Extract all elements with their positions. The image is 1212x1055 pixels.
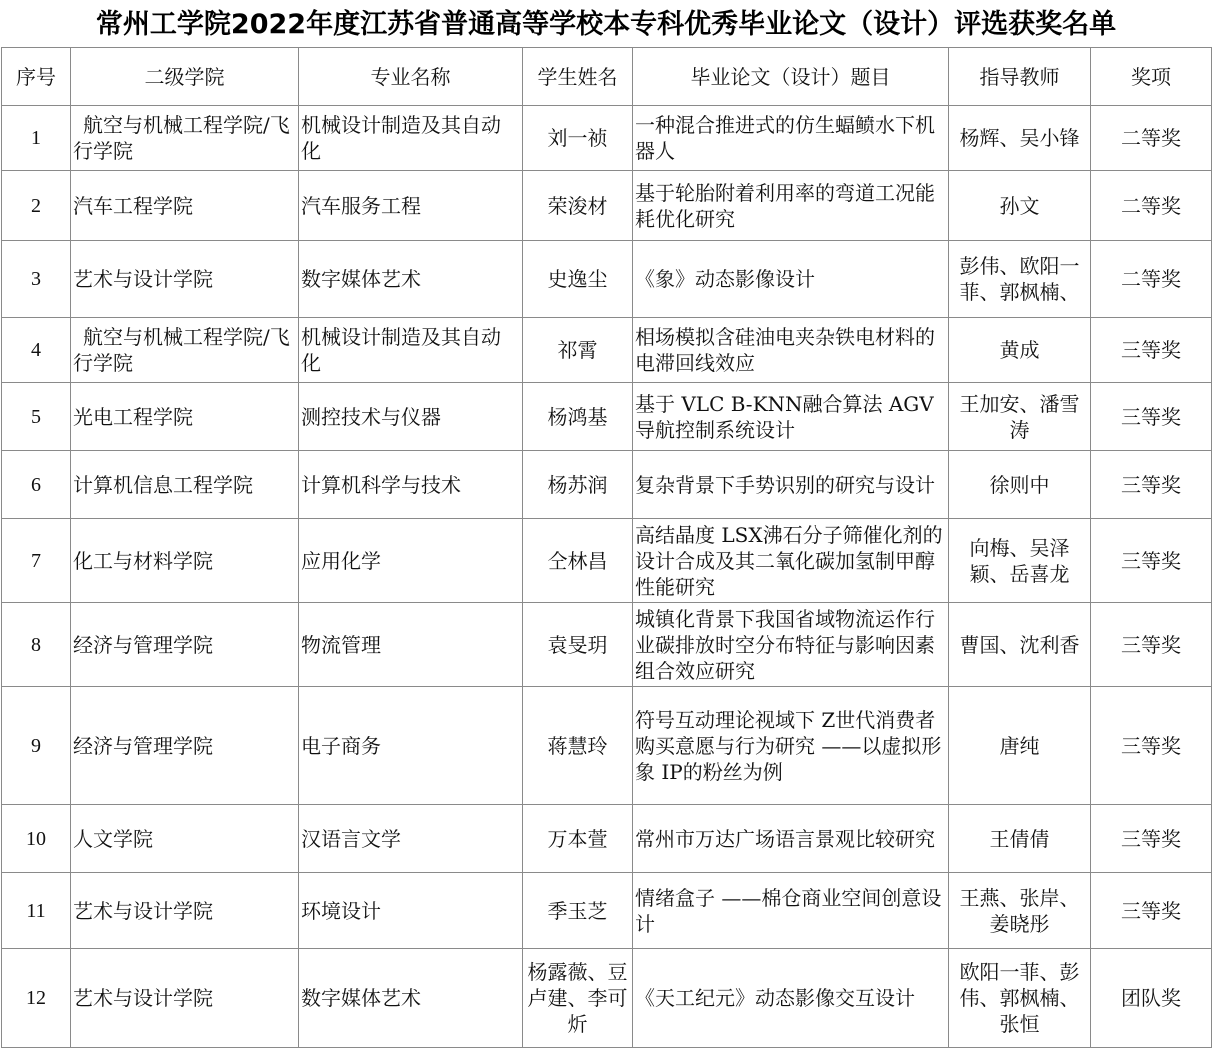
cell-major: 应用化学 [299, 519, 523, 603]
cell-award: 二等奖 [1091, 106, 1212, 171]
cell-thesis-title: 高结晶度 LSX沸石分子筛催化剂的设计合成及其二氧化碳加氢制甲醇性能研究 [633, 519, 949, 603]
cell-college: 化工与材料学院 [71, 519, 299, 603]
table-row: 9 经济与管理学院 电子商务 蒋慧玲 符号互动理论视域下 Z世代消费者购买意愿与… [2, 687, 1212, 805]
cell-index: 12 [2, 949, 71, 1048]
cell-thesis-title: 符号互动理论视域下 Z世代消费者购买意愿与行为研究 ——以虚拟形象 IP的粉丝为… [633, 687, 949, 805]
cell-college: 经济与管理学院 [71, 603, 299, 687]
header-award: 奖项 [1091, 48, 1212, 106]
cell-major: 汽车服务工程 [299, 171, 523, 241]
cell-thesis-title: 基于 VLC B-KNN融合算法 AGV导航控制系统设计 [633, 383, 949, 451]
cell-college-text: 航空与机械工程学院/飞行学院 [73, 325, 290, 375]
cell-thesis-title: 城镇化背景下我国省域物流运作行业碳排放时空分布特征与影响因素组合效应研究 [633, 603, 949, 687]
cell-advisor: 曹国、沈利香 [949, 603, 1091, 687]
cell-major: 计算机科学与技术 [299, 451, 523, 519]
cell-index: 9 [2, 687, 71, 805]
cell-advisor: 孙文 [949, 171, 1091, 241]
table-row: 3 艺术与设计学院 数字媒体艺术 史逸尘 《象》动态影像设计 彭伟、欧阳一菲、郭… [2, 241, 1212, 318]
cell-thesis-title: 情绪盒子 ——棉仓商业空间创意设计 [633, 873, 949, 949]
cell-major: 数字媒体艺术 [299, 241, 523, 318]
cell-thesis-title: 《天工纪元》动态影像交互设计 [633, 949, 949, 1048]
cell-index: 7 [2, 519, 71, 603]
cell-advisor: 王倩倩 [949, 805, 1091, 873]
cell-advisor: 徐则中 [949, 451, 1091, 519]
header-thesis-title: 毕业论文（设计）题目 [633, 48, 949, 106]
cell-student: 史逸尘 [523, 241, 633, 318]
cell-index: 1 [2, 106, 71, 171]
table-row: 2 汽车工程学院 汽车服务工程 荣浚材 基于轮胎附着利用率的弯道工况能耗优化研究… [2, 171, 1212, 241]
cell-student: 杨鸿基 [523, 383, 633, 451]
cell-student: 祁霄 [523, 318, 633, 383]
cell-thesis-title: 复杂背景下手势识别的研究与设计 [633, 451, 949, 519]
cell-thesis-title: 相场模拟含硅油电夹杂铁电材料的电滞回线效应 [633, 318, 949, 383]
cell-index: 8 [2, 603, 71, 687]
cell-college: 光电工程学院 [71, 383, 299, 451]
cell-advisor: 杨辉、吴小锋 [949, 106, 1091, 171]
cell-major: 测控技术与仪器 [299, 383, 523, 451]
cell-award: 三等奖 [1091, 318, 1212, 383]
cell-thesis-title: 一种混合推进式的仿生蝠鲼水下机器人 [633, 106, 949, 171]
cell-student: 蒋慧玲 [523, 687, 633, 805]
cell-major: 汉语言文学 [299, 805, 523, 873]
cell-college: 计算机信息工程学院 [71, 451, 299, 519]
table-row: 6 计算机信息工程学院 计算机科学与技术 杨苏润 复杂背景下手势识别的研究与设计… [2, 451, 1212, 519]
cell-award: 三等奖 [1091, 805, 1212, 873]
cell-student: 杨露薇、豆卢建、李可炘 [523, 949, 633, 1048]
cell-thesis-title: 基于轮胎附着利用率的弯道工况能耗优化研究 [633, 171, 949, 241]
cell-student: 杨苏润 [523, 451, 633, 519]
cell-major: 电子商务 [299, 687, 523, 805]
cell-major: 机械设计制造及其自动化 [299, 318, 523, 383]
cell-college: 人文学院 [71, 805, 299, 873]
cell-college: 艺术与设计学院 [71, 241, 299, 318]
cell-college: 汽车工程学院 [71, 171, 299, 241]
cell-award: 三等奖 [1091, 383, 1212, 451]
cell-award: 二等奖 [1091, 171, 1212, 241]
document-title: 常州工学院2022年度江苏省普通高等学校本专科优秀毕业论文（设计）评选获奖名单 [0, 6, 1212, 44]
cell-college: 艺术与设计学院 [71, 949, 299, 1048]
cell-index: 4 [2, 318, 71, 383]
cell-college: 经济与管理学院 [71, 687, 299, 805]
cell-advisor: 王加安、潘雪涛 [949, 383, 1091, 451]
cell-index: 3 [2, 241, 71, 318]
cell-college: 艺术与设计学院 [71, 873, 299, 949]
header-college: 二级学院 [71, 48, 299, 106]
cell-student: 万本萱 [523, 805, 633, 873]
cell-student: 季玉芝 [523, 873, 633, 949]
award-list-table: 序号 二级学院 专业名称 学生姓名 毕业论文（设计）题目 指导教师 奖项 1 航… [1, 47, 1212, 1048]
table-row: 7 化工与材料学院 应用化学 仝林昌 高结晶度 LSX沸石分子筛催化剂的设计合成… [2, 519, 1212, 603]
cell-student: 袁旻玥 [523, 603, 633, 687]
cell-advisor: 欧阳一菲、彭伟、郭枫楠、张恒 [949, 949, 1091, 1048]
cell-award: 三等奖 [1091, 603, 1212, 687]
cell-award: 三等奖 [1091, 451, 1212, 519]
cell-advisor: 向梅、吴泽颖、岳喜龙 [949, 519, 1091, 603]
cell-advisor: 黄成 [949, 318, 1091, 383]
header-student: 学生姓名 [523, 48, 633, 106]
cell-thesis-title: 常州市万达广场语言景观比较研究 [633, 805, 949, 873]
table-row: 4 航空与机械工程学院/飞行学院 机械设计制造及其自动化 祁霄 相场模拟含硅油电… [2, 318, 1212, 383]
table-header-row: 序号 二级学院 专业名称 学生姓名 毕业论文（设计）题目 指导教师 奖项 [2, 48, 1212, 106]
cell-major: 环境设计 [299, 873, 523, 949]
table-row: 1 航空与机械工程学院/飞行学院 机械设计制造及其自动化 刘一祯 一种混合推进式… [2, 106, 1212, 171]
cell-index: 2 [2, 171, 71, 241]
table-row: 5 光电工程学院 测控技术与仪器 杨鸿基 基于 VLC B-KNN融合算法 AG… [2, 383, 1212, 451]
cell-advisor: 彭伟、欧阳一菲、郭枫楠、 [949, 241, 1091, 318]
cell-award: 三等奖 [1091, 687, 1212, 805]
cell-award: 团队奖 [1091, 949, 1212, 1048]
table-row: 10 人文学院 汉语言文学 万本萱 常州市万达广场语言景观比较研究 王倩倩 三等… [2, 805, 1212, 873]
cell-index: 10 [2, 805, 71, 873]
cell-thesis-title: 《象》动态影像设计 [633, 241, 949, 318]
cell-advisor: 唐纯 [949, 687, 1091, 805]
header-advisor: 指导教师 [949, 48, 1091, 106]
cell-student: 刘一祯 [523, 106, 633, 171]
cell-college: 航空与机械工程学院/飞行学院 [71, 106, 299, 171]
cell-award: 三等奖 [1091, 519, 1212, 603]
cell-college: 航空与机械工程学院/飞行学院 [71, 318, 299, 383]
cell-major: 数字媒体艺术 [299, 949, 523, 1048]
cell-student: 荣浚材 [523, 171, 633, 241]
header-index: 序号 [2, 48, 71, 106]
cell-index: 6 [2, 451, 71, 519]
cell-college-text: 航空与机械工程学院/飞行学院 [73, 113, 290, 163]
cell-student: 仝林昌 [523, 519, 633, 603]
table-row: 8 经济与管理学院 物流管理 袁旻玥 城镇化背景下我国省域物流运作行业碳排放时空… [2, 603, 1212, 687]
cell-award: 三等奖 [1091, 873, 1212, 949]
cell-major: 机械设计制造及其自动化 [299, 106, 523, 171]
cell-major: 物流管理 [299, 603, 523, 687]
cell-index: 5 [2, 383, 71, 451]
table-row: 11 艺术与设计学院 环境设计 季玉芝 情绪盒子 ——棉仓商业空间创意设计 王燕… [2, 873, 1212, 949]
cell-award: 二等奖 [1091, 241, 1212, 318]
cell-advisor: 王燕、张岸、姜晓彤 [949, 873, 1091, 949]
header-major: 专业名称 [299, 48, 523, 106]
table-row: 12 艺术与设计学院 数字媒体艺术 杨露薇、豆卢建、李可炘 《天工纪元》动态影像… [2, 949, 1212, 1048]
cell-index: 11 [2, 873, 71, 949]
